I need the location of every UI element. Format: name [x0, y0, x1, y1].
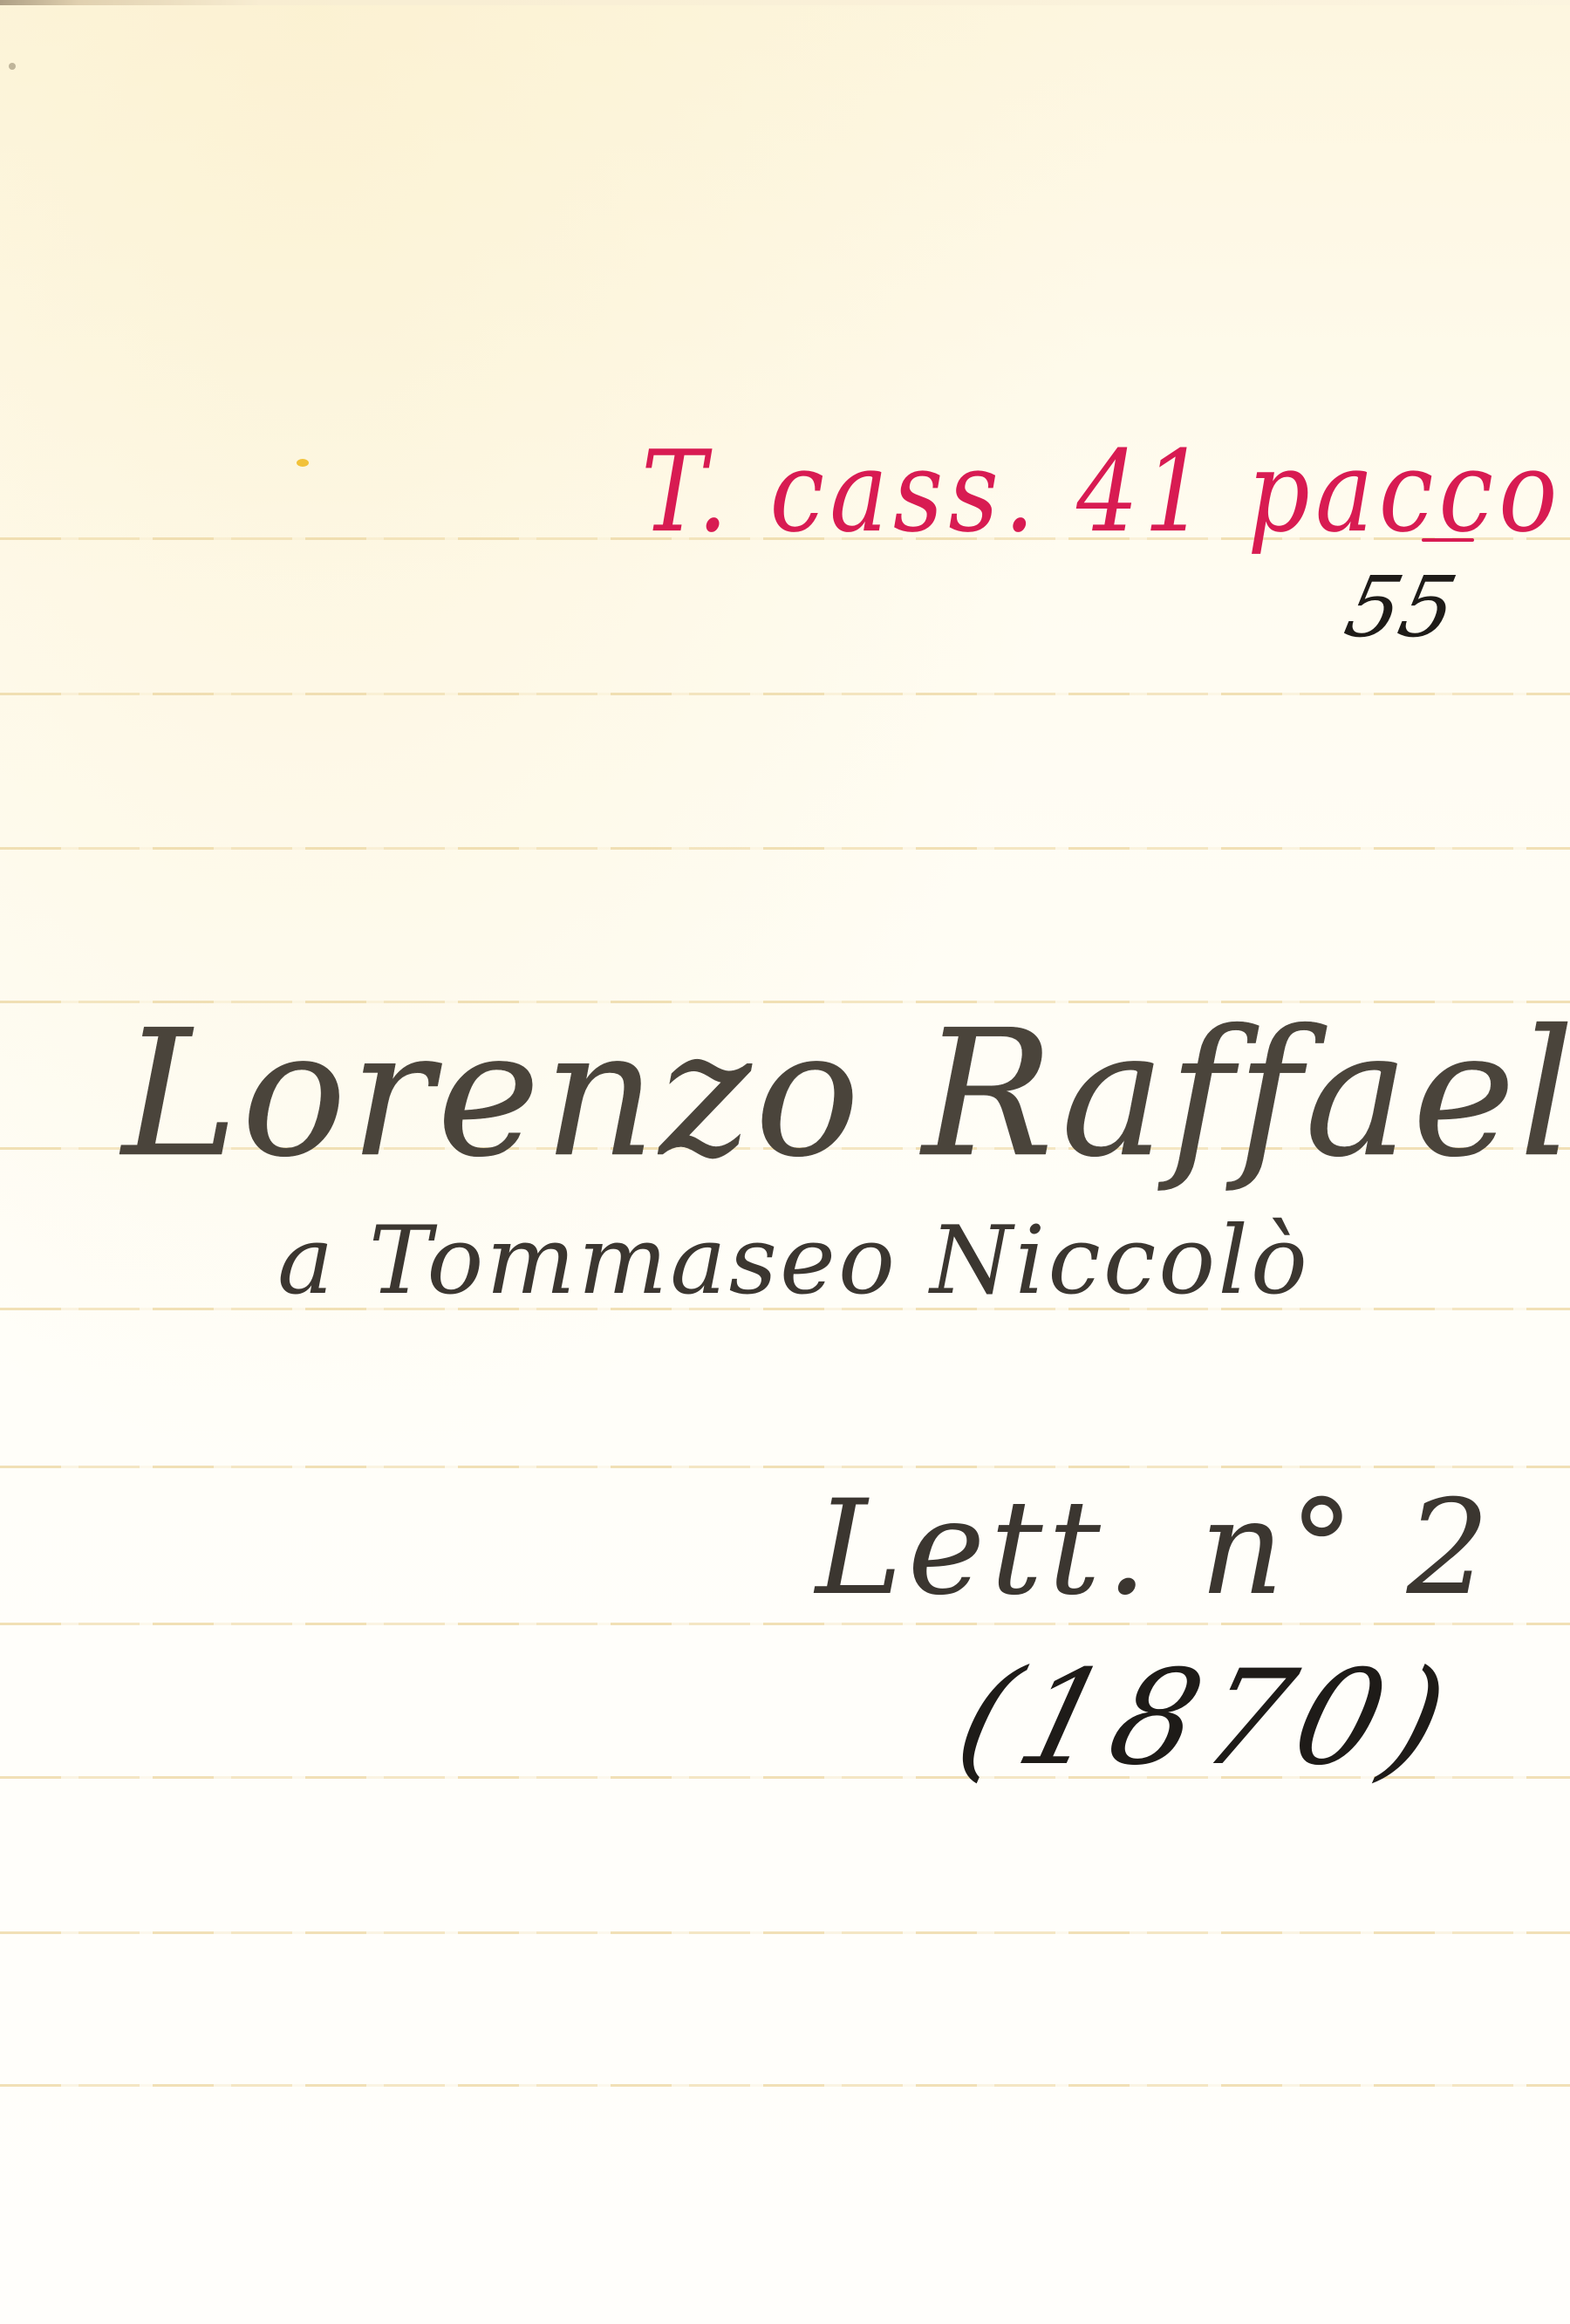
ruled-line: [0, 693, 1570, 695]
ruled-line: [0, 1931, 1570, 1934]
sender-name: Lorenzo Raffaele.: [122, 1008, 1570, 1182]
ruled-line: [0, 2084, 1570, 2087]
letter-number: Lett. n° 2: [816, 1483, 1495, 1614]
folio-number: 55: [1339, 565, 1464, 649]
ruled-line: [0, 1466, 1570, 1468]
paper-speck: [297, 459, 309, 467]
letter-year: (1870): [946, 1653, 1466, 1784]
card-top-edge: [0, 0, 1570, 5]
index-card: T. cass. 41 pacco 93. 55 Lorenzo Raffael…: [0, 0, 1570, 2324]
shelfmark-underline: [1422, 538, 1474, 542]
paper-speck: [9, 63, 16, 70]
recipient-line: a Tommaseo Niccolò: [277, 1214, 1310, 1309]
ruled-line: [0, 847, 1570, 850]
shelfmark-annotation: T. cass. 41 pacco 93.: [641, 436, 1570, 549]
